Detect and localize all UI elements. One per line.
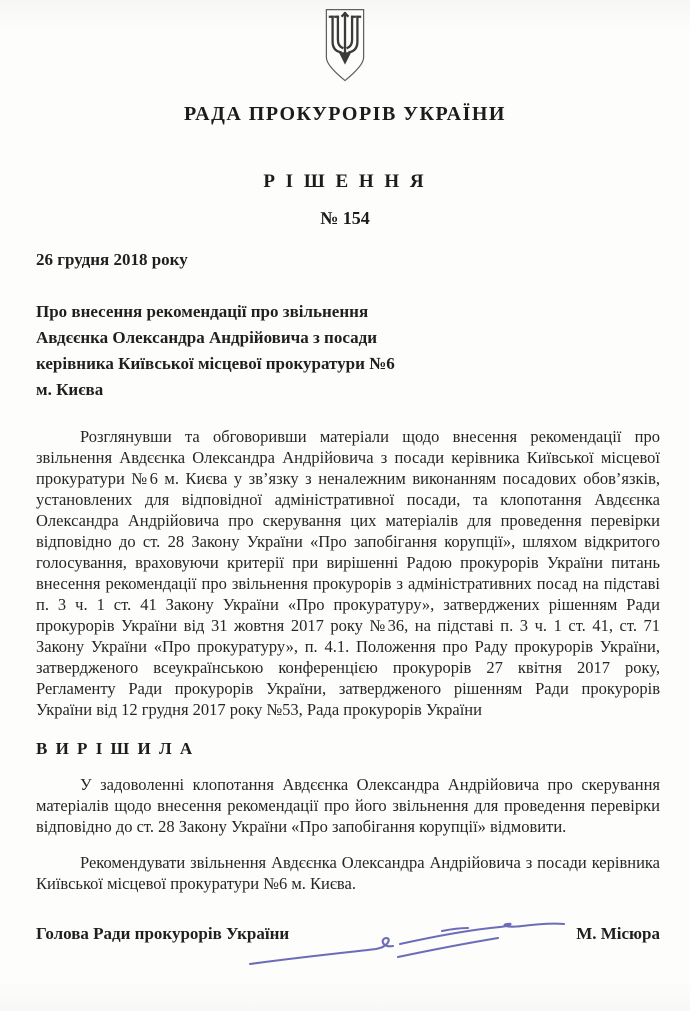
- subject-line: Про внесення рекомендації про звільнення: [36, 299, 660, 325]
- emblem-container: [0, 0, 690, 90]
- subject-line: м. Києва: [36, 377, 660, 403]
- signature-row: Голова Ради прокурорів України М. Місюра: [36, 924, 660, 944]
- subject-block: Про внесення рекомендації про звільнення…: [36, 299, 660, 403]
- signer-title: Голова Ради прокурорів України: [36, 924, 289, 944]
- document-page: РАДА ПРОКУРОРІВ УКРАЇНИ Р І Ш Е Н Н Я № …: [0, 0, 690, 1011]
- subject-line: Авдєєнка Олександра Андрійовича з посади: [36, 325, 660, 351]
- preamble-paragraph: Розглянувши та обговоривши матеріали щод…: [36, 426, 660, 720]
- resolution-paragraph: Рекомендувати звільнення Авдєєнка Олекса…: [36, 852, 660, 894]
- subject-line: керівника Київської місцевої прокуратури…: [36, 351, 660, 377]
- document-number: № 154: [0, 208, 690, 229]
- organization-name: РАДА ПРОКУРОРІВ УКРАЇНИ: [0, 103, 690, 126]
- handwritten-signature: [246, 910, 586, 981]
- resolution-paragraph: У задоволенні клопотання Авдєєнка Олекса…: [36, 774, 660, 837]
- resolution-heading: В И Р І Ш И Л А: [36, 739, 660, 759]
- trident-emblem-icon: [318, 7, 372, 90]
- document-type-heading: Р І Ш Е Н Н Я: [0, 171, 690, 193]
- document-date: 26 грудня 2018 року: [36, 250, 660, 270]
- signer-name: М. Місюра: [576, 924, 660, 944]
